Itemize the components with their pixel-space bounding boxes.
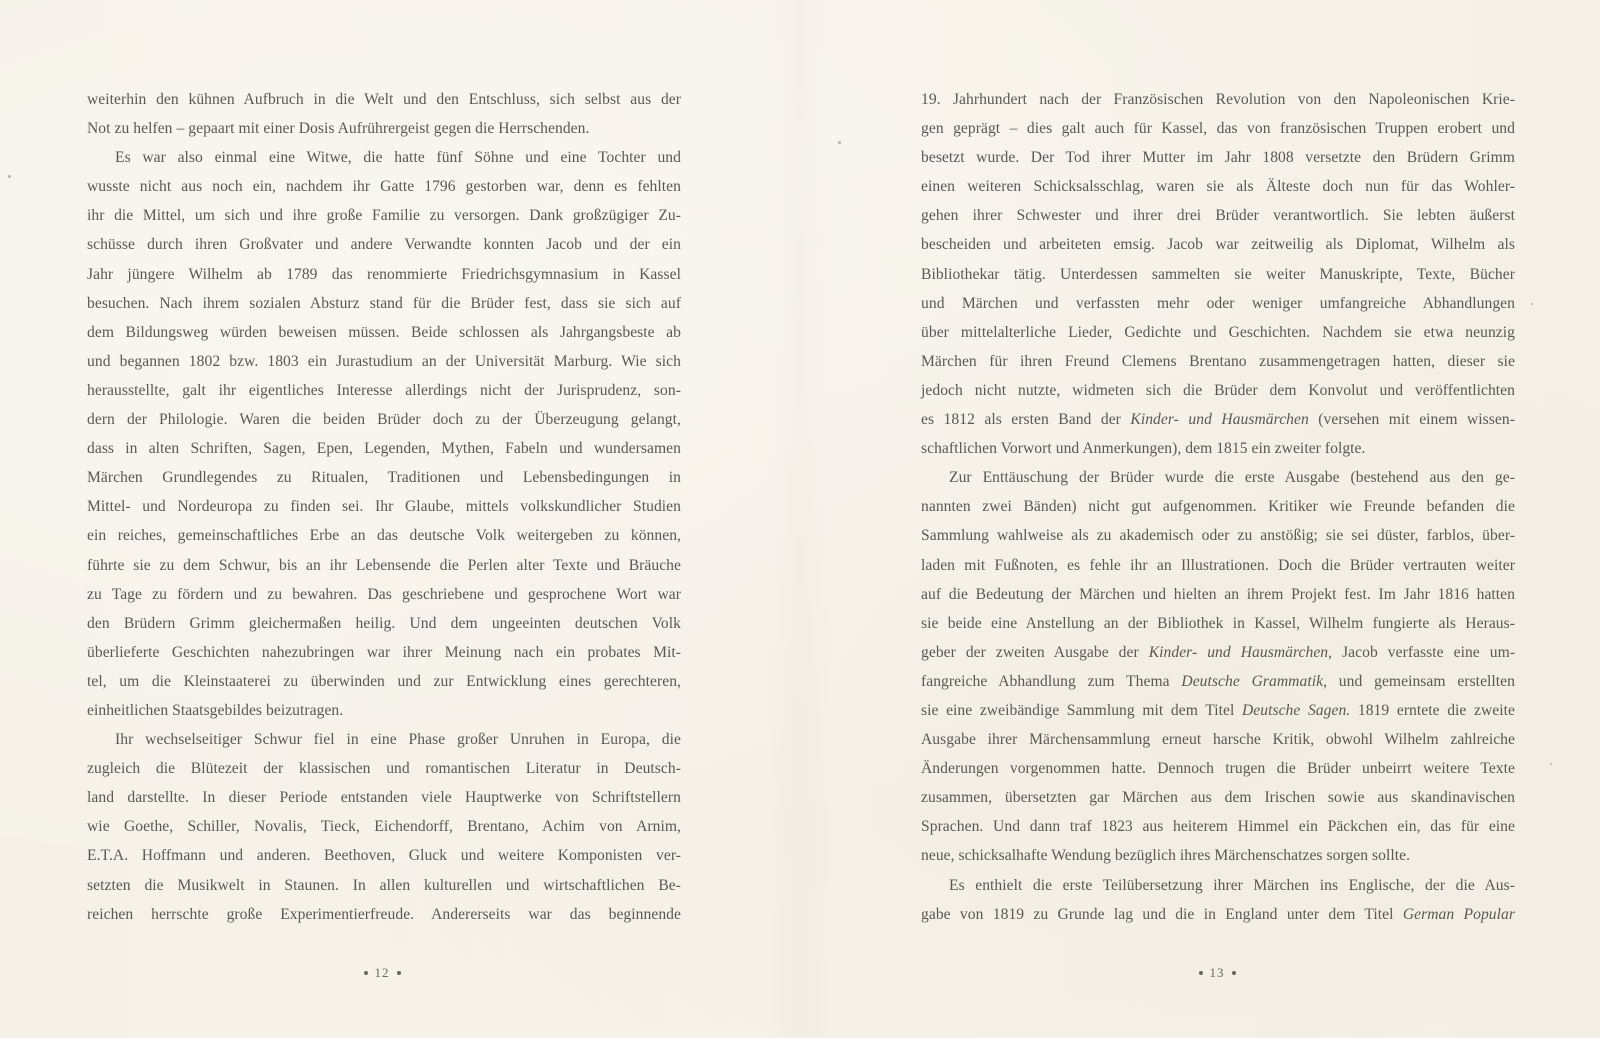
page-number-right: 13 xyxy=(1177,965,1257,981)
book-spread: weiterhin den kühnen Aufbruch in die Wel… xyxy=(0,0,1600,1038)
bullet-icon xyxy=(397,971,401,975)
text-line: einen weiteren Schicksalsschlag, waren s… xyxy=(921,172,1515,201)
text-run: es 1812 als ersten Band der xyxy=(921,411,1130,428)
paragraph: weiterhin den kühnen Aufbruch in die Wel… xyxy=(87,85,681,143)
text-line: Bibliothekar tätig. Unterdessen sammelte… xyxy=(921,260,1515,289)
text-line: Mittel- und Nordeuropa zu finden sei. Ih… xyxy=(87,492,681,521)
text-line: dass in alten Schriften, Sagen, Epen, Le… xyxy=(87,434,681,463)
text-line: 19. Jahrhundert nach der Französischen R… xyxy=(921,85,1515,114)
text-line: land darstellte. In dieser Periode entst… xyxy=(87,783,681,812)
text-run: geber der zweiten Ausgabe der xyxy=(921,644,1149,661)
text-line: dern der Philologie. Waren die beiden Br… xyxy=(87,405,681,434)
text-run: gabe von 1819 zu Grunde lag und die in E… xyxy=(921,906,1403,923)
text-line: über mittelalterliche Lieder, Gedichte u… xyxy=(921,318,1515,347)
text-line: schaftlichen Vorwort und Anmerkungen), d… xyxy=(921,434,1515,463)
text-line: dem Bildungsweg würden beweisen müssen. … xyxy=(87,318,681,347)
text-line: ein reiches, gemeinschaftliches Erbe an … xyxy=(87,521,681,550)
text-line: nannten zwei Bänden) nicht gut aufgenomm… xyxy=(921,492,1515,521)
paper-speck xyxy=(1550,763,1552,765)
paper-speck xyxy=(1531,303,1533,305)
text-line: Es enthielt die erste Teilübersetzung ih… xyxy=(921,871,1515,900)
text-line: wie Goethe, Schiller, Novalis, Tieck, Ei… xyxy=(87,812,681,841)
text-line: führte sie zu dem Schwur, bis an ihr Leb… xyxy=(87,551,681,580)
text-line: sie beide eine Anstellung an der Bibliot… xyxy=(921,609,1515,638)
text-line: gabe von 1819 zu Grunde lag und die in E… xyxy=(921,900,1515,929)
text-line: es 1812 als ersten Band der Kinder- und … xyxy=(921,405,1515,434)
italic-title: Deutsche Sagen. xyxy=(1242,702,1350,719)
text-line: gehen ihrer Schwester und ihrer drei Brü… xyxy=(921,201,1515,230)
text-line: sie eine zweibändige Sammlung mit dem Ti… xyxy=(921,696,1515,725)
text-line: einheitlichen Staatsgebildes beizutragen… xyxy=(87,696,681,725)
text-line: zu Tage zu fördern und zu bewahren. Das … xyxy=(87,580,681,609)
text-line: Jahr jüngere Wilhelm ab 1789 das renommi… xyxy=(87,260,681,289)
text-line: weiterhin den kühnen Aufbruch in die Wel… xyxy=(87,85,681,114)
page-number-text: 13 xyxy=(1210,965,1225,980)
text-line: Märchen Grundlegendes zu Ritualen, Tradi… xyxy=(87,463,681,492)
text-line: Ausgabe ihrer Märchensammlung erneut har… xyxy=(921,725,1515,754)
text-line: zugleich die Blütezeit der klassischen u… xyxy=(87,754,681,783)
text-line: überlieferte Geschichten nahezubringen w… xyxy=(87,638,681,667)
page-number-text: 12 xyxy=(375,965,390,980)
text-line: ihr die Mittel, um sich und ihre große F… xyxy=(87,201,681,230)
text-line: setzten die Musikwelt in Staunen. In all… xyxy=(87,871,681,900)
text-line: bescheiden und arbeiteten emsig. Jacob w… xyxy=(921,230,1515,259)
paper-speck xyxy=(8,175,11,178)
text-line: schüsse durch ihren Großvater und andere… xyxy=(87,230,681,259)
text-run: sie eine zweibändige Sammlung mit dem Ti… xyxy=(921,702,1242,719)
text-line: geber der zweiten Ausgabe der Kinder- un… xyxy=(921,638,1515,667)
text-run: , und gemeinsam erstellten xyxy=(1323,673,1515,690)
left-page-body: weiterhin den kühnen Aufbruch in die Wel… xyxy=(87,85,681,929)
text-line: laden mit Fußnoten, es fehle ihr an Illu… xyxy=(921,551,1515,580)
text-line: Änderungen vorgenommen hatte. Dennoch tr… xyxy=(921,754,1515,783)
page-number-left: 12 xyxy=(342,965,422,981)
text-line: E.T.A. Hoffmann und anderen. Beethoven, … xyxy=(87,841,681,870)
text-line: und begannen 1802 bzw. 1803 ein Jurastud… xyxy=(87,347,681,376)
text-line: wusste nicht aus noch ein, nachdem ihr G… xyxy=(87,172,681,201)
paragraph: Es enthielt die erste Teilübersetzung ih… xyxy=(921,871,1515,929)
paragraph: Ihr wechselseitiger Schwur fiel in eine … xyxy=(87,725,681,929)
text-line: Sprachen. Und dann traf 1823 aus heitere… xyxy=(921,812,1515,841)
text-line: zusammen, übersetzten gar Märchen aus de… xyxy=(921,783,1515,812)
text-line: Märchen für ihren Freund Clemens Brentan… xyxy=(921,347,1515,376)
text-line: besetzt wurde. Der Tod ihrer Mutter im J… xyxy=(921,143,1515,172)
text-line: jedoch nicht nutzte, widmeten sich die B… xyxy=(921,376,1515,405)
text-line: den Brüdern Grimm gleichermaßen heilig. … xyxy=(87,609,681,638)
italic-title: Deutsche Grammatik xyxy=(1181,673,1323,690)
text-line: auf die Bedeutung der Märchen und hielte… xyxy=(921,580,1515,609)
text-line: Not zu helfen – gepaart mit einer Dosis … xyxy=(87,114,681,143)
text-run: fangreiche Abhandlung zum Thema xyxy=(921,673,1181,690)
right-page-body: 19. Jahrhundert nach der Französischen R… xyxy=(921,85,1515,929)
paragraph: Zur Enttäuschung der Brüder wurde die er… xyxy=(921,463,1515,870)
text-line: gen geprägt – dies galt auch für Kassel,… xyxy=(921,114,1515,143)
text-line: neue, schicksalhafte Wendung bezüglich i… xyxy=(921,841,1515,870)
left-page: weiterhin den kühnen Aufbruch in die Wel… xyxy=(87,85,681,929)
bullet-icon xyxy=(1232,971,1236,975)
text-line: fangreiche Abhandlung zum Thema Deutsche… xyxy=(921,667,1515,696)
text-line: und Märchen und verfassten mehr oder wen… xyxy=(921,289,1515,318)
text-run: 1819 erntete die zweite xyxy=(1350,702,1515,719)
text-run: , Jacob verfasste eine um- xyxy=(1328,644,1515,661)
bullet-icon xyxy=(364,971,368,975)
text-line: Zur Enttäuschung der Brüder wurde die er… xyxy=(921,463,1515,492)
text-run: (versehen mit einem wissen- xyxy=(1309,411,1515,428)
right-page: 19. Jahrhundert nach der Französischen R… xyxy=(921,85,1515,929)
bullet-icon xyxy=(1199,971,1203,975)
italic-title: German Popular xyxy=(1403,906,1515,923)
paragraph: 19. Jahrhundert nach der Französischen R… xyxy=(921,85,1515,463)
text-line: Sammlung wahlweise als zu akademisch ode… xyxy=(921,521,1515,550)
text-line: tel, um die Kleinstaaterei zu überwinden… xyxy=(87,667,681,696)
text-line: reichen herrschte große Experimentierfre… xyxy=(87,900,681,929)
text-line: Es war also einmal eine Witwe, die hatte… xyxy=(87,143,681,172)
text-line: Ihr wechselseitiger Schwur fiel in eine … xyxy=(87,725,681,754)
paper-speck xyxy=(838,141,841,144)
text-line: besuchen. Nach ihrem sozialen Absturz st… xyxy=(87,289,681,318)
italic-title: Kinder- und Hausmärchen xyxy=(1130,411,1308,428)
italic-title: Kinder- und Hausmärchen xyxy=(1149,644,1328,661)
paragraph: Es war also einmal eine Witwe, die hatte… xyxy=(87,143,681,725)
text-line: herausstellte, galt ihr eigentliches Int… xyxy=(87,376,681,405)
